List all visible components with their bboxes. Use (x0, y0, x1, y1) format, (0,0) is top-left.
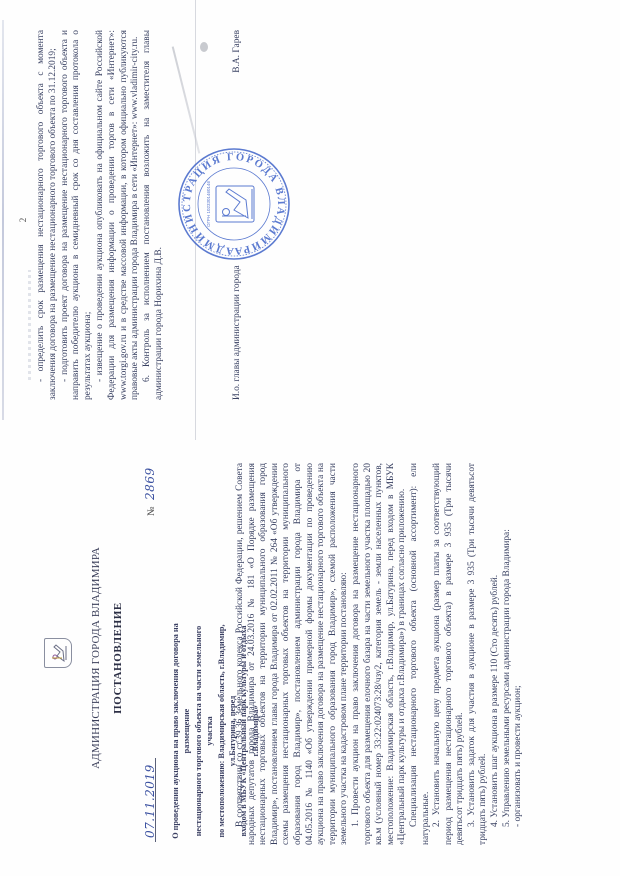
stamp-inner-text: ОГРН 1023301460146 (206, 181, 211, 227)
paragraph: - извещение о проведении аукциона опубли… (95, 30, 142, 400)
paragraph: - организовать и провести аукцион; (513, 463, 525, 845)
document-body: - определить срок размещения нестационар… (36, 30, 166, 400)
signatory-position: И.о. главы администрации города (232, 265, 242, 400)
official-stamp-icon: АДМИНИСТРАЦИЯ ГОРОДА ВЛАДИМИРА ОГРН 1023… (176, 146, 292, 262)
organization-title: АДМИНИСТРАЦИЯ ГОРОДА ВЛАДИМИРА (90, 440, 102, 876)
document-number: № 2869 (143, 467, 157, 516)
page-number: 2 (18, 0, 28, 440)
subject-line: О проведении аукциона на право заключени… (170, 616, 193, 846)
document-type-heading: ПОСТАНОВЛЕНИЕ (112, 440, 124, 876)
paragraph: В соответствии со ст.39.36 Земельного ко… (235, 463, 351, 845)
document-page-2: 2 - определить срок размещения нестацион… (0, 0, 620, 440)
document-date: 07.11.2019 (143, 764, 157, 838)
document-body: В соответствии со ст.39.36 Земельного ко… (235, 463, 525, 845)
document-page-1: АДМИНИСТРАЦИЯ ГОРОДА ВЛАДИМИРА ПОСТАНОВЛ… (0, 440, 620, 876)
coat-of-arms-icon (44, 638, 72, 668)
paragraph: 2. Установить начальную цену предмета ау… (432, 463, 467, 845)
subject-line: нестационарного торгового объекта на час… (193, 616, 216, 846)
paragraph: 6. Контроль за исполнением постановления… (142, 30, 166, 400)
paragraph: Специализация нестационарного торгового … (409, 463, 432, 845)
scan-edge (2, 20, 4, 420)
paragraph: - определить срок размещения нестационар… (36, 30, 60, 400)
number-value: 2869 (143, 467, 157, 500)
paragraph: 3. Установить задаток для участия в аукц… (467, 463, 490, 845)
paragraph: 5. Управлению земельными ресурсами админ… (502, 463, 514, 845)
paragraph: 4. Установить шаг аукциона в размере 110… (490, 463, 502, 845)
svg-text:АДМИНИСТРАЦИЯ ГОРОДА ВЛАДИМИРА: АДМИНИСТРАЦИЯ ГОРОДА ВЛАДИМИРА (182, 152, 286, 256)
stamp-outer-text: АДМИНИСТРАЦИЯ ГОРОДА ВЛАДИМИРА (182, 152, 286, 256)
signatory-name: В.А. Гарев (232, 30, 242, 73)
paragraph: 1. Провести аукцион на право заключения … (351, 463, 409, 845)
paragraph: - подготовить проект договора на размеще… (60, 30, 95, 400)
number-sign: № (146, 506, 157, 516)
scan-artifact (28, 270, 31, 380)
signature-mark (200, 42, 208, 52)
